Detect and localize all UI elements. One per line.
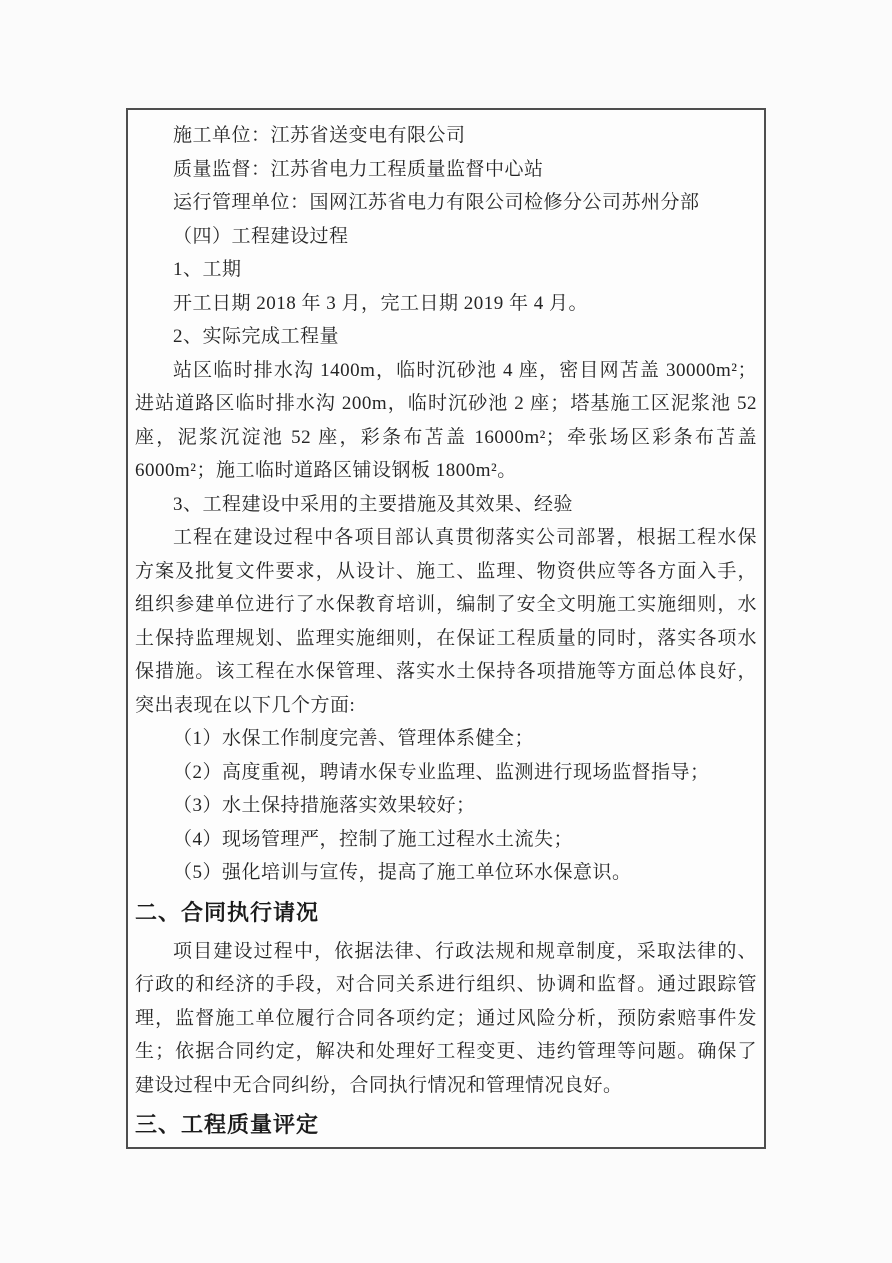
document-border-box: 施工单位：江苏省送变电有限公司 质量监督：江苏省电力工程质量监督中心站 运行管理… (126, 108, 766, 1149)
para-point-4: （4）现场管理严，控制了施工过程水土流失； (135, 823, 757, 857)
para-construction-unit: 施工单位：江苏省送变电有限公司 (135, 119, 757, 153)
para-quality-supervision: 质量监督：江苏省电力工程质量监督中心站 (135, 153, 757, 187)
heading-quality-evaluation: 三、工程质量评定 (135, 1105, 757, 1145)
para-point-3: （3）水土保持措施落实效果较好； (135, 789, 757, 823)
para-point-2: （2）高度重视，聘请水保专业监理、监测进行现场监督指导； (135, 756, 757, 790)
para-item-2-completed-work: 2、实际完成工程量 (135, 320, 757, 354)
para-measures-detail: 工程在建设过程中各项目部认真贯彻落实公司部署，根据工程水保方案及批复文件要求，从… (135, 521, 757, 722)
para-item-1-duration: 1、工期 (135, 253, 757, 287)
document-page: 施工单位：江苏省送变电有限公司 质量监督：江苏省电力工程质量监督中心站 运行管理… (0, 0, 892, 1263)
para-section-4-title: （四）工程建设过程 (135, 220, 757, 254)
para-start-completion-dates: 开工日期 2018 年 3 月，完工日期 2019 年 4 月。 (135, 287, 757, 321)
para-item-3-measures: 3、工程建设中采用的主要措施及其效果、经验 (135, 488, 757, 522)
para-point-5: （5）强化培训与宣传，提高了施工单位环水保意识。 (135, 856, 757, 890)
para-point-1: （1）水保工作制度完善、管理体系健全； (135, 722, 757, 756)
para-completed-work-detail: 站区临时排水沟 1400m，临时沉砂池 4 座，密目网苫盖 30000m²；进站… (135, 354, 757, 488)
para-operation-management-unit: 运行管理单位：国网江苏省电力有限公司检修分公司苏州分部 (135, 186, 757, 220)
para-contract-execution-detail: 项目建设过程中，依据法律、行政法规和规章制度，采取法律的、行政的和经济的手段，对… (135, 935, 757, 1103)
heading-contract-execution: 二、合同执行请况 (135, 893, 757, 933)
